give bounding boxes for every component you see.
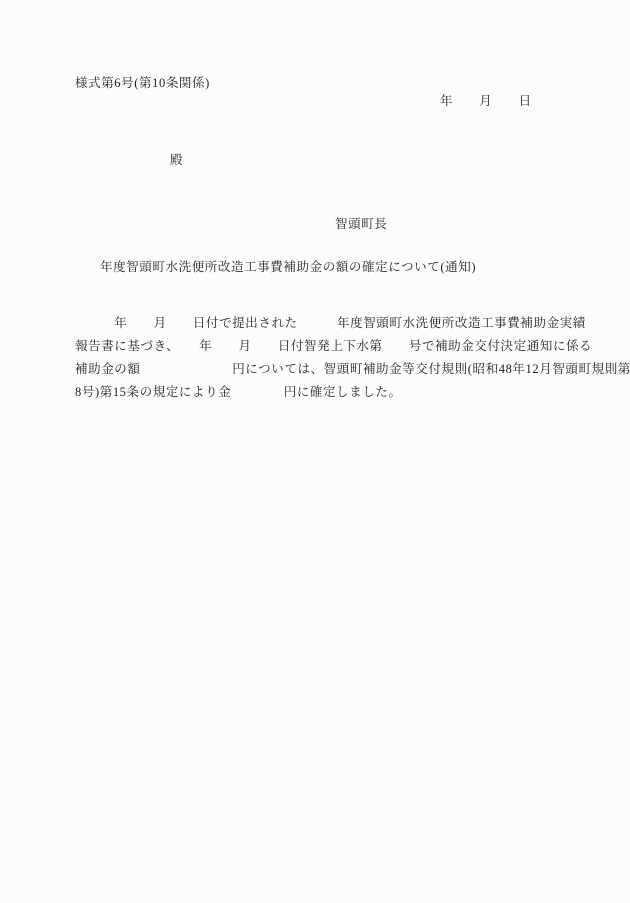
date-blank-line: 年 月 日 [440,95,532,108]
addressee-honorific: 殿 [170,154,183,167]
body-line: 年 月 日付で提出された 年度智頭町水洗便所改造工事費補助金実績 [75,312,595,335]
body-paragraph: 年 月 日付で提出された 年度智頭町水洗便所改造工事費補助金実績 報告書に基づき… [75,312,595,404]
body-line: 8号)第15条の規定により金 円に確定しました。 [75,381,595,404]
form-number: 様式第6号(第10条関係) [75,77,210,90]
subject-title: 年度智頭町水洗便所改造工事費補助金の額の確定について(通知) [100,261,476,274]
body-line: 補助金の額 円については、智頭町補助金等交付規則(昭和48年12月智頭町規則第 [75,358,595,381]
body-line: 報告書に基づき、 年 月 日付智発上下水第 号で補助金交付決定通知に係る [75,335,595,358]
sender-title: 智頭町長 [335,218,387,231]
document-page: 様式第6号(第10条関係) 年 月 日 殿 智頭町長 年度智頭町水洗便所改造工事… [0,0,630,903]
